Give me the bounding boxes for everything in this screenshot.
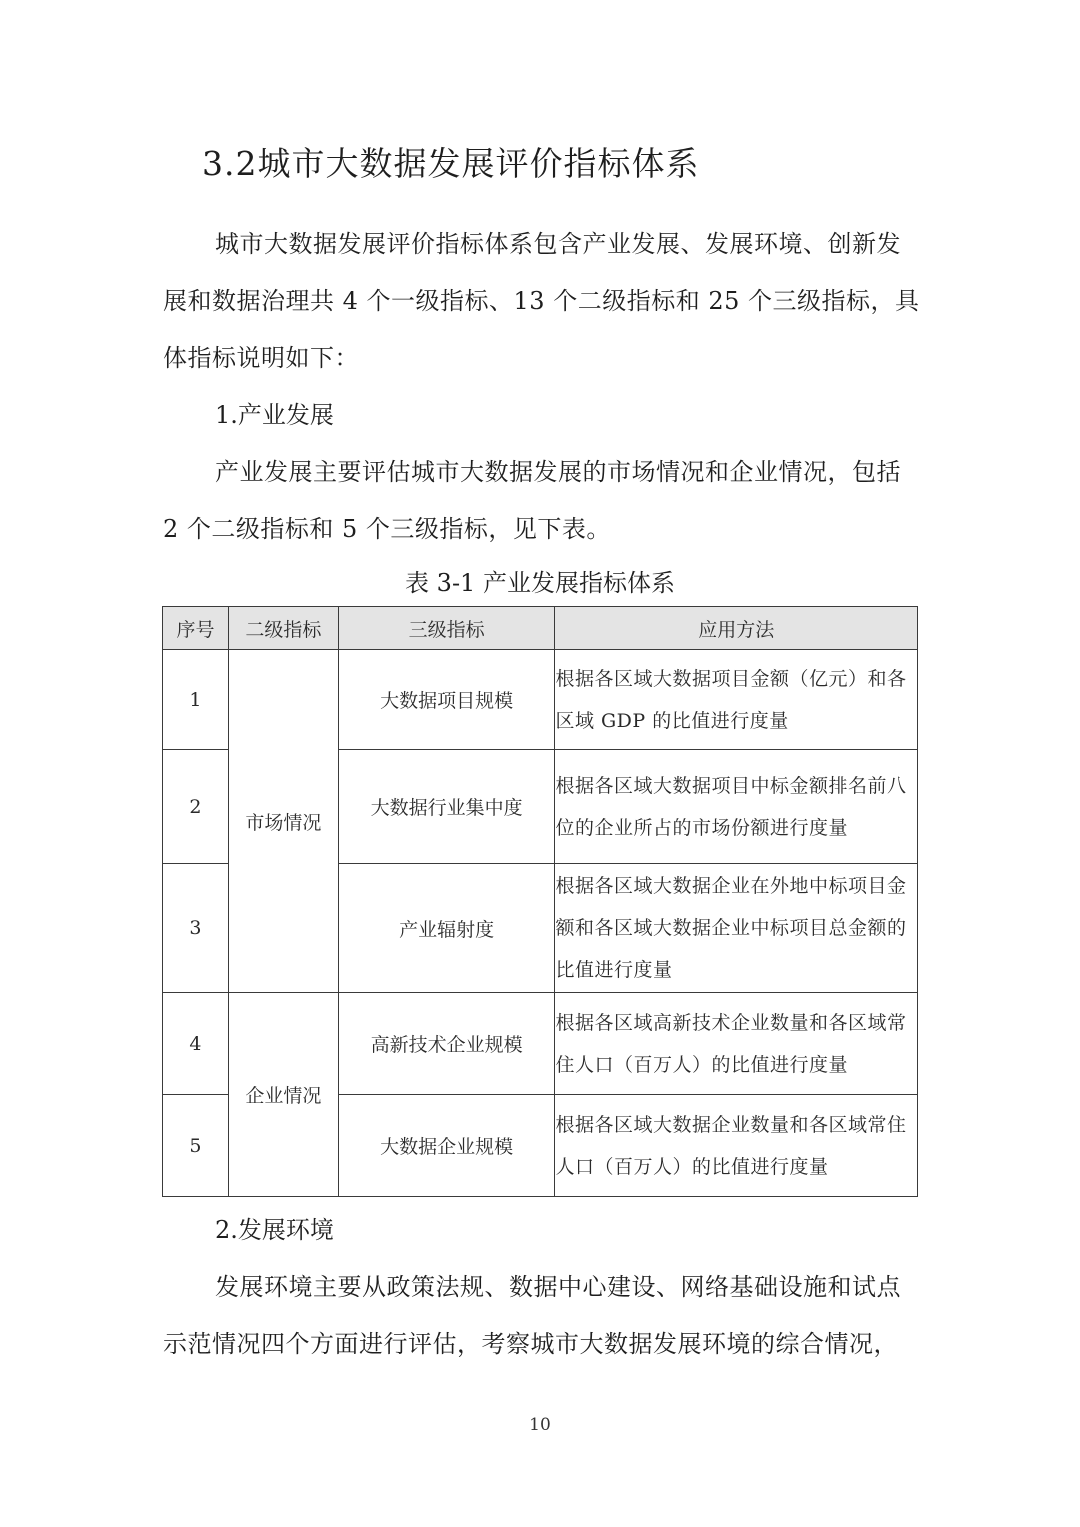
- group-market: 市场情况: [228, 650, 338, 993]
- row-indicator: 高新技术企业规模: [338, 993, 555, 1095]
- document-page: 3.2城市大数据发展评价指标体系 城市大数据发展评价指标体系包含产业发展、发展环…: [0, 0, 1080, 1527]
- indicator-table: 序号 二级指标 三级指标 应用方法 1 市场情况 大数据项目规模 根据各区域大数…: [162, 606, 918, 1197]
- section-title: 3.2城市大数据发展评价指标体系: [202, 138, 699, 185]
- row-method: 根据各区域大数据项目中标金额排名前八位的企业所占的市场份额进行度量: [555, 750, 918, 864]
- table-row: 1 市场情况 大数据项目规模 根据各区域大数据项目金额（亿元）和各区域 GDP …: [163, 650, 918, 750]
- subheading-development-environment: 2.发展环境: [215, 1210, 334, 1245]
- row-indicator: 大数据项目规模: [338, 650, 555, 750]
- row-no: 2: [163, 750, 229, 864]
- header-secondary-indicator: 二级指标: [228, 607, 338, 650]
- intro-line-1: 城市大数据发展评价指标体系包含产业发展、发展环境、创新发: [215, 224, 901, 259]
- row-method: 根据各区域高新技术企业数量和各区域常住人口（百万人）的比值进行度量: [555, 993, 918, 1095]
- table-caption: 表 3-1 产业发展指标体系: [0, 563, 1080, 598]
- row-method: 根据各区域大数据项目金额（亿元）和各区域 GDP 的比值进行度量: [555, 650, 918, 750]
- row-indicator: 大数据企业规模: [338, 1095, 555, 1197]
- industry-para-line-1: 产业发展主要评估城市大数据发展的市场情况和企业情况，包括: [215, 452, 901, 487]
- row-indicator: 产业辐射度: [338, 864, 555, 993]
- industry-para-line-2: 2 个二级指标和 5 个三级指标，见下表。: [163, 509, 611, 544]
- row-no: 5: [163, 1095, 229, 1197]
- row-method: 根据各区域大数据企业数量和各区域常住人口（百万人）的比值进行度量: [555, 1095, 918, 1197]
- environment-para-line-1: 发展环境主要从政策法规、数据中心建设、网络基础设施和试点: [215, 1267, 901, 1302]
- header-no: 序号: [163, 607, 229, 650]
- subheading-industry-development: 1.产业发展: [215, 395, 334, 430]
- group-enterprise: 企业情况: [228, 993, 338, 1197]
- intro-line-3: 体指标说明如下：: [163, 338, 359, 373]
- page-number: 10: [0, 1415, 1080, 1435]
- row-method: 根据各区域大数据企业在外地中标项目金额和各区域大数据企业中标项目总金额的比值进行…: [555, 864, 918, 993]
- row-no: 1: [163, 650, 229, 750]
- intro-line-2: 展和数据治理共 4 个一级指标、13 个二级指标和 25 个三级指标，具: [163, 281, 920, 316]
- row-indicator: 大数据行业集中度: [338, 750, 555, 864]
- header-application-method: 应用方法: [555, 607, 918, 650]
- table-row: 4 企业情况 高新技术企业规模 根据各区域高新技术企业数量和各区域常住人口（百万…: [163, 993, 918, 1095]
- row-no: 3: [163, 864, 229, 993]
- header-tertiary-indicator: 三级指标: [338, 607, 555, 650]
- environment-para-line-2: 示范情况四个方面进行评估，考察城市大数据发展环境的综合情况，: [163, 1324, 898, 1359]
- row-no: 4: [163, 993, 229, 1095]
- table-header-row: 序号 二级指标 三级指标 应用方法: [163, 607, 918, 650]
